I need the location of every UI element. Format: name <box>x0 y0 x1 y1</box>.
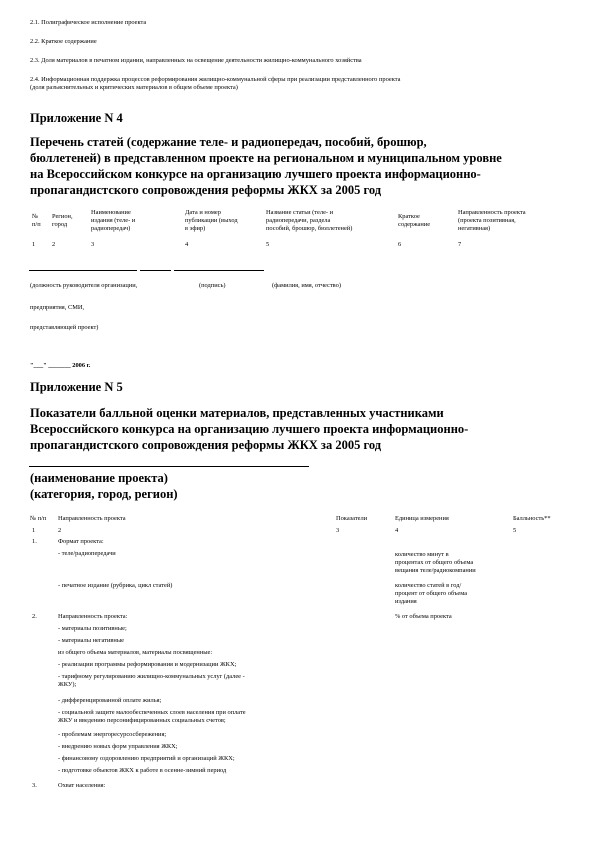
a4-num-3: 3 <box>91 241 94 249</box>
a4-num-7: 7 <box>458 241 461 249</box>
a5-row-unit: % от объема проекта <box>395 613 452 621</box>
signature-line-position <box>29 270 137 271</box>
signature-position-label: (должность руководителя организации, <box>30 282 137 290</box>
appendix-5-title-1: Показатели балльной оценки материалов, п… <box>30 405 444 421</box>
a5-row-text: из общего объема материалов, материалы п… <box>58 649 212 657</box>
a4-num-1: 1 <box>32 241 35 249</box>
a4-col-6-header: Краткое содержание <box>398 213 430 229</box>
a5-row-num: 1. <box>32 538 37 546</box>
a5-num-4: 4 <box>395 527 398 535</box>
appendix-4-title-3: на Всероссийском конкурсе на организацию… <box>30 166 481 182</box>
a5-num-2: 2 <box>58 527 61 535</box>
a5-row-text: - финансовому оздоровлению предприятий и… <box>58 755 235 763</box>
appendix-5-label: Приложение N 5 <box>30 379 123 395</box>
a5-row-text: - подготовке объектов ЖКХ к работе в осе… <box>58 767 226 775</box>
a5-row-text: - проблемам энергоресурсосбережения; <box>58 731 166 739</box>
a5-row-text: - теле/радиопередачи <box>58 550 116 558</box>
a5-row-unit: количество статей в год/ процент от обще… <box>395 582 467 606</box>
appendix-5-title-2: Всероссийского конкурса на организацию л… <box>30 421 468 437</box>
signature-name-label: (фамилия, имя, отчество) <box>272 282 341 290</box>
a4-col-7-header: Направленность проекта (проекта позитивн… <box>458 209 526 233</box>
a5-col-1-header: № п/п <box>30 515 46 523</box>
a5-col-2-header: Направленность проекта <box>58 515 126 523</box>
signature-line-signature <box>140 270 171 271</box>
a5-num-1: 1 <box>32 527 35 535</box>
a5-col-4-header: Единица измерения <box>395 515 449 523</box>
a5-col-3-header: Показатели <box>336 515 367 523</box>
a5-row-text: - внедрению новых форм управления ЖКХ; <box>58 743 178 751</box>
signature-date: "___" _______ 2006 г. <box>30 362 90 370</box>
section-2-4-cont: (доля разъяснительных и критических мате… <box>30 84 238 92</box>
category-label: (категория, город, регион) <box>30 486 178 502</box>
a5-row-text-cont: ЖКУ и введению персонифицированных социа… <box>58 717 226 725</box>
a5-row-text: - социальной защите малообеспеченных сло… <box>58 709 246 717</box>
a4-col-5-header: Название статьи (теле- и радиопередачи, … <box>266 209 352 233</box>
signature-label: (подпись) <box>199 282 226 290</box>
project-name-label: (наименование проекта) <box>30 470 168 486</box>
a5-col-5-header: Балльность** <box>513 515 551 523</box>
a5-num-5: 5 <box>513 527 516 535</box>
signature-line-name <box>174 270 264 271</box>
a5-row-text: Направленность проекта: <box>58 613 127 621</box>
a4-col-3-header: Наименование издания (теле- и радиоперед… <box>91 209 135 233</box>
a5-row-text: - печатное издание (рубрика, цикл статей… <box>58 582 172 590</box>
a5-row-num: 2. <box>32 613 37 621</box>
appendix-5-title-3: пропагандистского сопровождения реформы … <box>30 437 381 453</box>
a4-num-6: 6 <box>398 241 401 249</box>
a5-row-text: - реализации программы реформирования и … <box>58 661 236 669</box>
appendix-4-label: Приложение N 4 <box>30 110 123 126</box>
signature-line-2: предприятия, СМИ, <box>30 304 84 312</box>
signature-line-3: представляющей проект) <box>30 324 98 332</box>
section-2-4: 2.4. Информационная поддержка процессов … <box>30 76 400 84</box>
a5-row-text: - материалы негативные <box>58 637 124 645</box>
a5-row-text: - дифференцированной оплате жилья; <box>58 697 161 705</box>
appendix-4-title-1: Перечень статей (содержание теле- и ради… <box>30 134 427 150</box>
a4-num-4: 4 <box>185 241 188 249</box>
a4-col-1-header: № п/п <box>32 213 41 229</box>
a4-col-2-header: Регион, город <box>52 213 73 229</box>
a4-num-2: 2 <box>52 241 55 249</box>
a5-row-text: - материалы позитивные; <box>58 625 127 633</box>
a5-row-text: Формат проекта: <box>58 538 104 546</box>
section-2-3: 2.3. Доля материалов в печатном издании,… <box>30 57 362 65</box>
a5-num-3: 3 <box>336 527 339 535</box>
appendix-4-title-2: бюллетеней) в представленном проекте на … <box>30 150 502 166</box>
a5-row-num: 3. <box>32 782 37 790</box>
a5-row-text: Охват населения: <box>58 782 105 790</box>
a5-row-text: - тарифному регулированию жилищно-коммун… <box>58 673 245 681</box>
appendix-4-title-4: пропагандистского сопровождения реформы … <box>30 182 381 198</box>
a5-row-text-cont: ЖКУ); <box>58 681 76 689</box>
section-2-1: 2.1. Полиграфическое исполнение проекта <box>30 19 146 27</box>
section-2-2: 2.2. Краткое содержание <box>30 38 97 46</box>
a4-col-4-header: Дата и номер публикации (выход в эфир) <box>185 209 238 233</box>
a5-row-unit: количество минут в процентах от общего о… <box>395 551 476 575</box>
project-name-line <box>29 466 309 467</box>
a4-num-5: 5 <box>266 241 269 249</box>
